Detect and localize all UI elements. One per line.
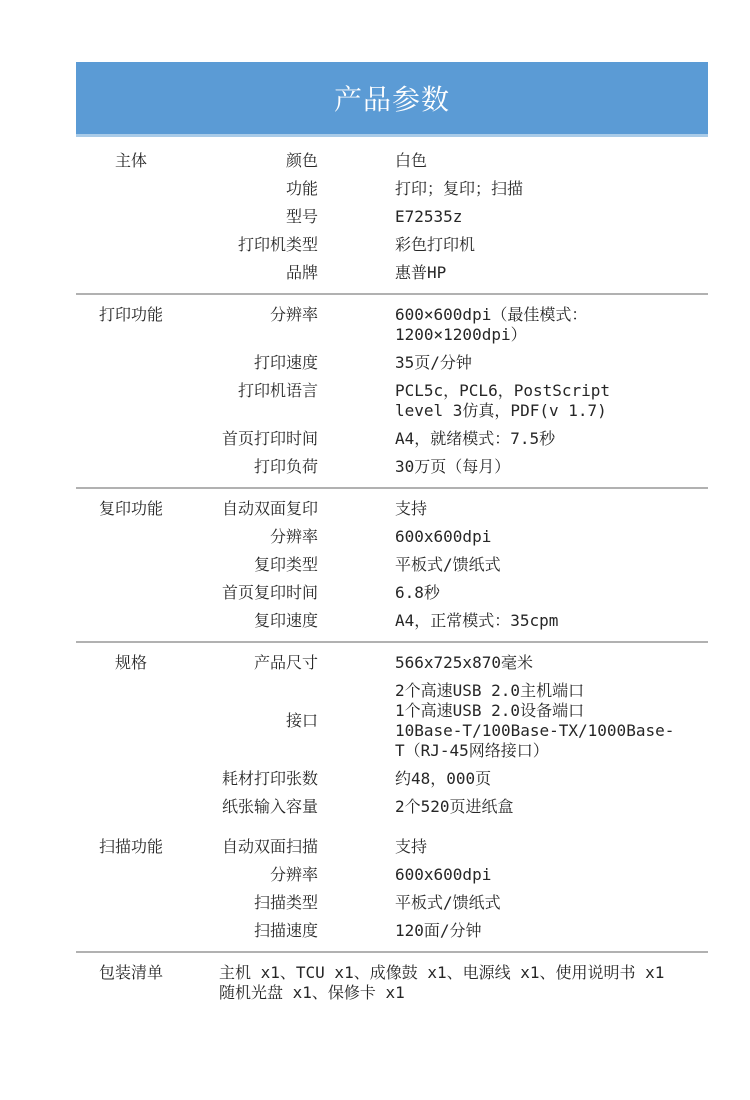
- section-label: 复印功能: [76, 495, 186, 635]
- title-banner: 产品参数: [76, 62, 708, 137]
- attr-value: 6.8秒: [318, 579, 708, 607]
- attr-name: 自动双面复印: [186, 495, 318, 523]
- attr-name: 首页复印时间: [186, 579, 318, 607]
- attr-name: 扫描类型: [186, 889, 318, 917]
- spec-row: 扫描速度 120面/分钟: [186, 917, 708, 945]
- spec-row: 型号 E72535z: [186, 203, 708, 231]
- attr-value: 600x600dpi: [318, 861, 708, 889]
- attr-name: 产品尺寸: [186, 649, 318, 677]
- attr-name: 功能: [186, 175, 318, 203]
- spec-row: 品牌 惠普HP: [186, 259, 708, 287]
- attr-name: 复印类型: [186, 551, 318, 579]
- spec-row: 自动双面扫描 支持: [186, 833, 708, 861]
- attr-name: 纸张输入容量: [186, 793, 318, 821]
- section-main-body: 主体 颜色 白色 功能 打印；复印；扫描 型号 E72535z 打印机类型 彩色…: [76, 141, 708, 295]
- attr-value: 打印；复印；扫描: [318, 175, 708, 203]
- attr-name: 颜色: [186, 147, 318, 175]
- attr-value: 566x725x870毫米: [318, 649, 708, 677]
- attr-value: 120面/分钟: [318, 917, 708, 945]
- section-label: 主体: [76, 147, 186, 287]
- spec-row: 复印速度 A4，正常模式：35cpm: [186, 607, 708, 635]
- attr-value: 平板式/馈纸式: [318, 889, 708, 917]
- product-spec-sheet: 产品参数 主体 颜色 白色 功能 打印；复印；扫描 型号 E72535z: [0, 0, 750, 1013]
- attr-name: 复印速度: [186, 607, 318, 635]
- spec-row: 打印机语言 PCL5c，PCL6，PostScript level 3仿真，PD…: [186, 377, 708, 425]
- spec-row: 颜色 白色: [186, 147, 708, 175]
- spec-row: 打印负荷 30万页（每月）: [186, 453, 708, 481]
- attr-name: 打印负荷: [186, 453, 318, 481]
- attr-value: 30万页（每月）: [318, 453, 708, 481]
- package-contents: 主机 x1、TCU x1、成像鼓 x1、电源线 x1、使用说明书 x1 随机光盘…: [186, 959, 708, 1007]
- attr-name: 打印速度: [186, 349, 318, 377]
- attr-value: 2个高速USB 2.0主机端口 1个高速USB 2.0设备端口 10Base-T…: [318, 677, 708, 765]
- spec-table: 主体 颜色 白色 功能 打印；复印；扫描 型号 E72535z 打印机类型 彩色…: [76, 141, 708, 1013]
- attr-value: 白色: [318, 147, 708, 175]
- attr-value: 600×600dpi（最佳模式： 1200×1200dpi）: [318, 301, 708, 349]
- spec-row: 分辨率 600x600dpi: [186, 861, 708, 889]
- section-label: 规格: [76, 649, 186, 821]
- spec-row: 分辨率 600×600dpi（最佳模式： 1200×1200dpi）: [186, 301, 708, 349]
- attr-value: PCL5c，PCL6，PostScript level 3仿真，PDF(v 1.…: [318, 377, 708, 425]
- attr-name: 分辨率: [186, 301, 318, 329]
- section-label: 打印功能: [76, 301, 186, 481]
- attr-value: A4，正常模式：35cpm: [318, 607, 708, 635]
- spec-row: 纸张输入容量 2个520页进纸盒: [186, 793, 708, 821]
- section-copy: 复印功能 自动双面复印 支持 分辨率 600x600dpi 复印类型 平板式/馈…: [76, 489, 708, 643]
- attr-value: 2个520页进纸盒: [318, 793, 708, 821]
- spec-row: 接口 2个高速USB 2.0主机端口 1个高速USB 2.0设备端口 10Bas…: [186, 677, 708, 765]
- spec-row: 耗材打印张数 约48，000页: [186, 765, 708, 793]
- spec-row: 复印类型 平板式/馈纸式: [186, 551, 708, 579]
- section-label: 扫描功能: [76, 833, 186, 945]
- attr-value: 平板式/馈纸式: [318, 551, 708, 579]
- attr-value: 支持: [318, 833, 708, 861]
- attr-value: 600x600dpi: [318, 523, 708, 551]
- attr-name: 品牌: [186, 259, 318, 287]
- section-package-list: 包装清单 主机 x1、TCU x1、成像鼓 x1、电源线 x1、使用说明书 x1…: [76, 953, 708, 1013]
- attr-value: 支持: [318, 495, 708, 523]
- attr-name: 型号: [186, 203, 318, 231]
- section-scan: 扫描功能 自动双面扫描 支持 分辨率 600x600dpi 扫描类型 平板式/馈…: [76, 827, 708, 953]
- attr-name: 分辨率: [186, 861, 318, 889]
- attr-name: 扫描速度: [186, 917, 318, 945]
- spec-row: 首页复印时间 6.8秒: [186, 579, 708, 607]
- attr-value: 35页/分钟: [318, 349, 708, 377]
- attr-value: E72535z: [318, 203, 708, 231]
- spec-row: 自动双面复印 支持: [186, 495, 708, 523]
- attr-name: 耗材打印张数: [186, 765, 318, 793]
- spec-row: 产品尺寸 566x725x870毫米: [186, 649, 708, 677]
- spec-row: 打印速度 35页/分钟: [186, 349, 708, 377]
- page-title: 产品参数: [334, 78, 450, 118]
- attr-value: 约48，000页: [318, 765, 708, 793]
- spec-row: 功能 打印；复印；扫描: [186, 175, 708, 203]
- attr-name: 自动双面扫描: [186, 833, 318, 861]
- section-dimensions: 规格 产品尺寸 566x725x870毫米 接口 2个高速USB 2.0主机端口…: [76, 643, 708, 827]
- attr-name: 首页打印时间: [186, 425, 318, 453]
- spec-row: 扫描类型 平板式/馈纸式: [186, 889, 708, 917]
- spec-row: 首页打印时间 A4，就绪模式：7.5秒: [186, 425, 708, 453]
- spec-row: 打印机类型 彩色打印机: [186, 231, 708, 259]
- attr-name: 打印机语言: [186, 377, 318, 405]
- attr-name: 打印机类型: [186, 231, 318, 259]
- attr-name: 分辨率: [186, 523, 318, 551]
- spec-row: 分辨率 600x600dpi: [186, 523, 708, 551]
- section-label: 包装清单: [76, 959, 186, 1007]
- section-print: 打印功能 分辨率 600×600dpi（最佳模式： 1200×1200dpi） …: [76, 295, 708, 489]
- attr-value: 彩色打印机: [318, 231, 708, 259]
- attr-name: 接口: [186, 707, 318, 735]
- attr-value: A4，就绪模式：7.5秒: [318, 425, 708, 453]
- attr-value: 惠普HP: [318, 259, 708, 287]
